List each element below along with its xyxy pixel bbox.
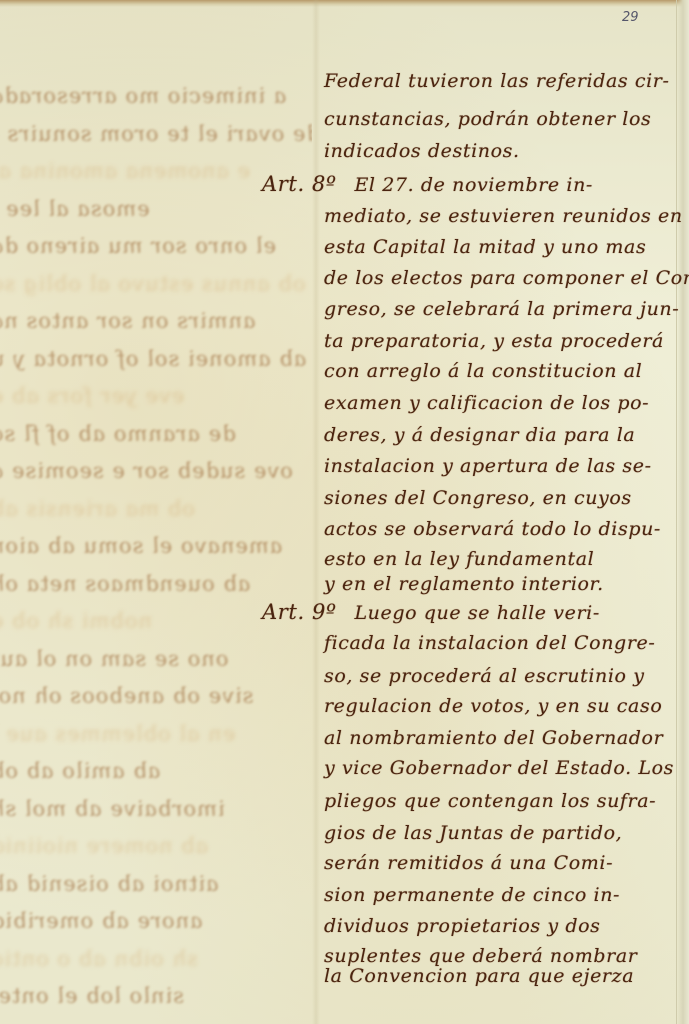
line-text: gios de las Juntas de partido, [324,822,622,844]
manuscript-line: deres, y á designar dia para la [324,424,635,446]
manuscript-line: y vice Gobernador del Estado. Los [324,757,674,779]
manuscript-line: mediato, se estuvieren reunidos en [324,205,683,227]
article-label: Art. 8º [262,172,336,196]
manuscript-line: la Convencion para que ejerza [324,965,634,987]
line-text: Luego que se halle veri- [354,602,599,624]
line-text: instalacion y apertura de las se- [324,455,652,477]
manuscript-line: de los electos para componer el Con- [324,267,689,289]
line-text: deres, y á designar dia para la [324,424,635,446]
line-text: dividuos propietarios y dos [324,915,601,937]
right-page: 29 Federal tuvieron las referidas cir-cu… [250,0,680,1024]
manuscript-line: regulacion de votos, y en su caso [324,695,662,717]
manuscript-line: so, se procederá al escrutinio y [324,665,645,687]
manuscript-line: ta preparatoria, y esta procederá [324,330,664,352]
manuscript-line: instalacion y apertura de las se- [324,455,652,477]
manuscript-line: suplentes que deberá nombrar [324,945,637,967]
line-text: examen y calificacion de los po- [324,392,649,414]
manuscript-line: pliegos que contengan los sufra- [324,790,656,812]
article-line: Art. 9ºLuego que se halle veri- [262,600,600,624]
manuscript-line: dividuos propietarios y dos [324,915,601,937]
manuscript-line: esto en la ley fundamental [324,548,594,570]
manuscript-line: actos se observará todo lo dispu- [324,518,661,540]
manuscript-line: al nombramiento del Gobernador [324,727,663,749]
manuscript-line: indicados destinos. [324,140,520,162]
manuscript-line: siones del Congreso, en cuyos [324,487,632,509]
manuscript-line: greso, se celebrará la primera jun- [324,298,679,320]
line-text: y en el reglamento interior. [324,573,604,595]
manuscript-line: gios de las Juntas de partido, [324,822,622,844]
manuscript-line: esta Capital la mitad y uno mas [324,236,646,258]
line-text: greso, se celebrará la primera jun- [324,298,679,320]
manuscript-line: cunstancias, podrán obtener los [324,108,651,130]
line-text: El 27. de noviembre in- [354,174,593,196]
line-text: y vice Gobernador del Estado. Los [324,757,674,779]
folio-number: 29 [622,10,639,25]
line-text: sion permanente de cinco in- [324,884,620,906]
line-text: esto en la ley fundamental [324,548,594,570]
line-text: so, se procederá al escrutinio y [324,665,645,687]
line-text: pliegos que contengan los sufra- [324,790,656,812]
line-text: cunstancias, podrán obtener los [324,108,651,130]
manuscript-line: Federal tuvieron las referidas cir- [324,70,670,92]
manuscript-line: con arreglo á la constitucion al [324,360,642,382]
line-text: actos se observará todo lo dispu- [324,518,661,540]
line-text: siones del Congreso, en cuyos [324,487,632,509]
line-text: suplentes que deberá nombrar [324,945,637,967]
manuscript-scan: a inimecio mo arresoradade ovari el te o… [0,0,689,1024]
line-text: regulacion de votos, y en su caso [324,695,662,717]
line-text: serán remitidos á una Comi- [324,852,613,874]
line-text: de los electos para componer el Con- [324,267,689,289]
manuscript-line: serán remitidos á una Comi- [324,852,613,874]
line-text: Federal tuvieron las referidas cir- [324,70,670,92]
manuscript-line: sion permanente de cinco in- [324,884,620,906]
manuscript-line: ficada la instalacion del Congre- [324,632,655,654]
article-label: Art. 9º [262,600,336,624]
article-line: Art. 8ºEl 27. de noviembre in- [262,172,593,196]
manuscript-line: examen y calificacion de los po- [324,392,649,414]
line-text: mediato, se estuvieren reunidos en [324,205,683,227]
line-text: esta Capital la mitad y uno mas [324,236,646,258]
manuscript-line: y en el reglamento interior. [324,573,604,595]
line-text: con arreglo á la constitucion al [324,360,642,382]
line-text: ficada la instalacion del Congre- [324,632,655,654]
line-text: la Convencion para que ejerza [324,965,634,987]
line-text: indicados destinos. [324,140,520,162]
line-text: al nombramiento del Gobernador [324,727,663,749]
line-text: ta preparatoria, y esta procederá [324,330,664,352]
